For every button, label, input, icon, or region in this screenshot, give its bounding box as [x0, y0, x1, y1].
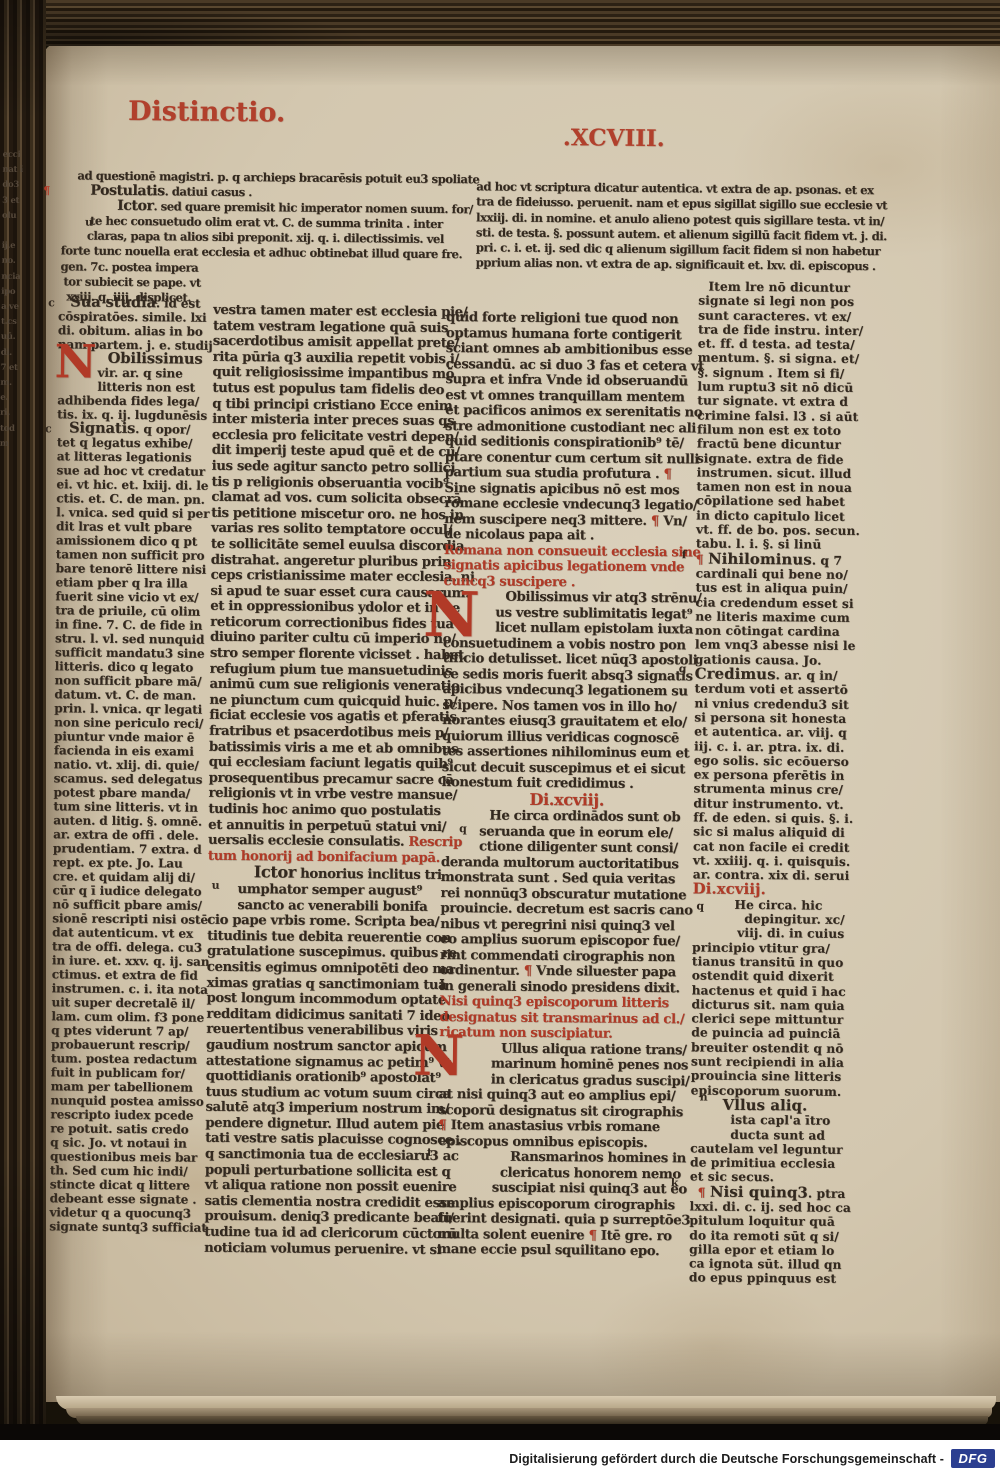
text-line: dit lras et vult pbare [56, 519, 214, 535]
text-line: ctimus. et extra de fid [52, 967, 210, 983]
text-line: de primitiua ecclesia [690, 1156, 855, 1172]
gloss-column-left: Sua studia. id estcōspiratōes. simile. l… [49, 295, 215, 1234]
illuminated-initial: N [54, 338, 96, 384]
text-line: prouincia sine litteris [691, 1069, 856, 1085]
marginal-letter: u [212, 879, 220, 892]
text-line: lem vnq3 abesse nisi le [695, 638, 860, 654]
text-line: sue ad hoc vt credatur [57, 463, 215, 479]
text-line: dicturus sit. nam quia [691, 997, 856, 1013]
text-line: mam per tabellionem [51, 1079, 209, 1095]
text-line: vt. xxiiij. q. i. quisquis. [693, 853, 858, 869]
spine-text-fragment: di. [1, 347, 12, 357]
marginal-letter: q [696, 899, 704, 912]
text-line: amissionem dico q pt [56, 533, 214, 549]
spine-text-fragment: ij.e [2, 241, 16, 251]
text-line: cat non facile ei credit [693, 839, 858, 855]
marginal-letter: f [682, 548, 687, 561]
text-line: breuiter ostendit q nō [691, 1040, 856, 1056]
text-line: tra de priuile, cū olim [55, 603, 213, 619]
marginal-letter: k [671, 1176, 679, 1189]
illuminated-initial: N [413, 1028, 465, 1084]
spine-text-fragment: ncia [1, 271, 20, 281]
text-line: cōpilatione sed habet [696, 494, 861, 510]
marginal-letters: ¶uccuqtfgqnk [1, 0, 1000, 1]
text-line: episcopus omnibus episcopis. [438, 1133, 696, 1151]
spine-text-fragment: m [0, 439, 9, 449]
spine-text-fragment: olu [2, 211, 16, 221]
text-line: cuncq3 suscipere . [443, 574, 701, 592]
text-line: etiam pber q lra illa [55, 575, 213, 591]
text-line: sic si malus aliquid di [693, 825, 858, 841]
text-line: ducta sunt ad [690, 1127, 855, 1143]
text-line: tra de offi. delega. cu3 [52, 939, 210, 955]
gloss-column-right: Item lre nō dicuntursignate si legi non … [689, 279, 864, 1286]
text-line: ¶ Nisi quinq3. ptra [690, 1184, 855, 1201]
text-line: ricatum non suscipiatur. [439, 1025, 697, 1043]
text-line: litteris. dico q legato [55, 659, 213, 675]
text-line: lum ruptu3 sit nō dicū [697, 380, 862, 396]
credit-text: Digitalisierung gefördert durch die Deut… [509, 1452, 944, 1466]
text-line: tet q legatus exhibe/ [57, 435, 215, 451]
text-line: videtur q a quocunq3 [49, 1205, 207, 1221]
text-line: prin. l. vnica. qr legati [54, 701, 212, 717]
text-line: nunquid postea amisso [50, 1093, 208, 1109]
text-line: ni vnius credendu3 sit [694, 696, 859, 712]
text-line: tur signate. vt extra d [697, 394, 862, 410]
text-line: Di.xcviij. [693, 882, 858, 899]
dfg-logo: DFG [951, 1449, 995, 1468]
text-line: lxxi. di. c. ij. sed hoc ca [689, 1199, 854, 1215]
text-line: mentum. §. si signa. et/ [698, 351, 863, 367]
text-line: Vllus aliq. [690, 1097, 855, 1114]
running-title: Distinctio. [128, 96, 286, 129]
text-line: prudentiam. 7 extra. d [53, 841, 211, 857]
text-line: ne literis maxime cum [695, 609, 860, 625]
marginal-letter: c [45, 422, 52, 435]
text-line: gilla epor et etiam lo [689, 1242, 854, 1258]
text-line: adhibenda fides lega/ [57, 393, 215, 409]
text-line: fuit in publicam for/ [51, 1065, 209, 1081]
marginal-letter: c [48, 296, 55, 309]
text-line: ditur instrumento. vt. [693, 796, 858, 812]
text-line: depingitur. xc/ [692, 911, 857, 927]
text-line: nō sufficit pbare amis/ [52, 897, 210, 913]
spine-text-fragment: no. [2, 256, 16, 266]
gloss-block-top-right: ad hoc vt scriptura dicatur autentica. v… [476, 179, 888, 275]
text-line: tamen non est in noua [696, 480, 861, 496]
text-line: clerici sepe mittuntur [691, 1012, 856, 1028]
running-title-number: .XCVIII. [563, 124, 665, 152]
text-line: ex persona pferētis in [694, 768, 859, 784]
text-line: iij. c. i. ar. ptra. ix. di. [694, 739, 859, 755]
spine-text-fragment: do3 [2, 180, 19, 190]
book-scan: eccinat īdo33 etoluij.eno.nciaipoa.vet.c… [0, 0, 1000, 1477]
text-line: at litteras legationis [57, 449, 215, 465]
marginal-letter: n [700, 1091, 708, 1104]
spine-text-fragment: a.ve [1, 302, 19, 312]
text-line: sionē rescripti nisi ostē [52, 911, 210, 927]
text-line: ei. vt hic. et. lxiij. di. le [56, 477, 214, 493]
text-line: cōspiratōes. simile. lxi [58, 309, 216, 325]
text-line: signate. extra de fide [697, 451, 862, 467]
text-line: §. signum . Item si fi/ [698, 365, 863, 381]
spine-text-fragment: ecci [3, 150, 21, 160]
text-line: cautelam vel leguntur [690, 1141, 855, 1157]
illuminated-initial: N [423, 584, 480, 647]
gloss-block-top-left: ad questionē magistri. p. q archieps bra… [60, 168, 479, 308]
text-column-right: quid forte religioni tue quod nonoptamus… [437, 310, 704, 1260]
text-line: natio. vt. xlij. di. quie/ [54, 757, 212, 773]
text-line: ista capl'a ītro [690, 1113, 855, 1129]
spine-text-fragment: ipo [1, 287, 15, 297]
text-line: tum sine litteris. vt in [53, 799, 211, 815]
text-line: q sic. Jo. vt notaui in [50, 1135, 208, 1151]
text-line: crimine falsi. l3 . si aūt [697, 408, 862, 424]
text-line: ego solis. sic ecōuerso [694, 753, 859, 769]
text-line: fractū bene dicuntur [697, 437, 862, 453]
text-line: sunt recipiendi in alia [691, 1054, 856, 1070]
text-line: ar. extra de offi . dele. [53, 827, 211, 843]
text-line: ¶ Nihilominus. q 7 [696, 551, 861, 568]
text-line: tamen non sufficit pro [56, 547, 214, 563]
text-line: hactenus et quid ī hac [692, 983, 857, 999]
text-line: piuntur vnde maior ē [54, 729, 212, 745]
text-line: viij. di. in cuius [692, 926, 857, 942]
text-line: cia credendum esset si [695, 595, 860, 611]
text-line: tum honorij ad bonifacium papā. [208, 849, 472, 867]
text-line: ostendit quid dixerit [692, 969, 857, 985]
spine-text-fragments: eccinat īdo33 etoluij.eno.nciaipoa.vet.c… [1, 0, 1000, 1]
text-line: sufficit mandatu3 sine [55, 645, 213, 661]
text-line: Sua studia. id est [58, 295, 216, 311]
text-line: cre. et quidam alij di/ [53, 869, 211, 885]
text-line: questionibus meis bar [50, 1149, 208, 1165]
spine-text-fragment: uū. [1, 332, 16, 342]
marginal-letter: q [459, 822, 467, 835]
text-line: si persona sit honesta [694, 710, 859, 726]
text-line: do epus ppinquus est [689, 1271, 854, 1287]
marginal-letter: ¶ [43, 184, 50, 197]
text-line: principio vtitur gra/ [692, 940, 857, 956]
spine-text-fragment: ri. [0, 408, 10, 418]
text-line: ca ignota sūt. illud qn [689, 1257, 854, 1273]
text-line: de puincia ad puinciā [691, 1026, 856, 1042]
text-line: Signatis. q opor/ [57, 421, 215, 437]
text-line: stincte dicat q littere [50, 1177, 208, 1193]
text-line: instrumen. c. i. ita nota [52, 981, 210, 997]
page-text-layer: eccinat īdo33 etoluij.eno.nciaipoa.vet.c… [0, 0, 1000, 1425]
spine-text-fragment: 3 et [2, 195, 19, 205]
text-line: fuerit sine vicio vt ex/ [55, 589, 213, 605]
text-line: uit super decretalē il/ [51, 995, 209, 1011]
text-line: datum. vt. C. de man. [54, 687, 212, 703]
text-line: non cōtingat cardina [695, 624, 860, 640]
text-line: Credimus. ar. q in/ [695, 666, 860, 683]
text-line: Item lre nō dicuntur [698, 279, 863, 295]
spine-text-fragment: m. [0, 378, 11, 388]
marginal-letter: g [679, 662, 687, 675]
text-line: cūr q ī iudice delegato [53, 883, 211, 899]
text-line: potest pbare manda/ [53, 785, 211, 801]
digitization-credit-bar: Digitalisierung gefördert durch die Deut… [0, 1440, 1000, 1477]
text-line: stru. l. vl. sed nunquid [55, 631, 213, 647]
text-line: scamus. sed delegatus [54, 771, 212, 787]
text-line: lam. cum olim. f3 pone [51, 1009, 209, 1025]
text-column-left: vestra tamen mater est ecclesia pie/tate… [204, 303, 477, 1259]
marginal-letter: t [427, 1146, 432, 1159]
text-line: ctis. et. C. de man. pn. [56, 491, 214, 507]
text-line: terdum voti et assertō [694, 682, 859, 698]
spine-text-fragment: t.cs [1, 317, 17, 327]
text-line: et autentica. ar. viij. q [694, 725, 859, 741]
text-line: sunt caracteres. vt ex/ [698, 308, 863, 324]
text-line: facienda in eis exami [54, 743, 212, 759]
text-line: mane eccie psul squilitano epo. [437, 1242, 695, 1260]
scan-background [0, 1424, 1000, 1440]
text-line: tianus transitū in quo [692, 954, 857, 970]
text-line: in iure. et. xxv. q. ij. san [52, 953, 210, 969]
text-line: auten. d litig. §. omnē. [53, 813, 211, 829]
text-line: tus est in aliqua puin/ [695, 581, 860, 597]
text-line: in fine. 7. C. de fide in [55, 617, 213, 633]
text-line: do ita remoti sūt q si/ [689, 1228, 854, 1244]
text-line: tra de fide instru. inter/ [698, 322, 863, 338]
spine-text-fragment: tod [0, 423, 15, 433]
spine-text-fragment: e. [0, 393, 8, 403]
text-line: et. ff. d testa. ad testa/ [698, 337, 863, 353]
text-line: noticiam volumus peruenire. vt si [204, 1240, 468, 1258]
text-line: non sine periculo reci/ [54, 715, 212, 731]
text-line: non sufficit pbare mā/ [55, 673, 213, 689]
text-line: l. vnica. sed quid si per [56, 505, 214, 521]
text-line: probauerunt rescrip/ [51, 1037, 209, 1053]
marginal-letter: u [85, 216, 93, 229]
text-line: dat autenticum. vt ex [52, 925, 210, 941]
text-line: debeant esse signate . [50, 1191, 208, 1207]
text-line: in dicto capitulo licet [696, 508, 861, 524]
text-line: vt. ff. de bo. pos. secun. [696, 522, 861, 538]
illuminated-initials: NNN [1, 0, 1000, 1]
text-line: instrumen. sicut. illud [697, 465, 862, 481]
text-line: signate suntq3 sufficiat [49, 1219, 207, 1235]
text-line: filum non est ex toto [697, 422, 862, 438]
text-line: rept. ex pte. Jo. Lau [53, 855, 211, 871]
text-line: rescripto iudex pcede [50, 1107, 208, 1123]
text-line: bare tenorē littere nisi [56, 561, 214, 577]
text-line: signate si legi non pos [698, 294, 863, 310]
text-line: pitulum loquitur quā [689, 1214, 854, 1230]
text-line: ff. de eden. si quis. §. i. [693, 810, 858, 826]
spine-text-fragment: nat ī [2, 165, 22, 175]
spine-text-fragment: 7 et [1, 363, 18, 373]
text-line: tum. postea redactum [51, 1051, 209, 1067]
text-line: th. Sed cum hic indi/ [50, 1163, 208, 1179]
text-line: He circa. hic [692, 897, 857, 913]
text-line: re potuit. satis credo [50, 1121, 208, 1137]
text-line: q ptes viderunt 7 ap/ [51, 1023, 209, 1039]
text-line: cardinali qui bene no/ [696, 566, 861, 582]
text-line: strumenta minus cre/ [694, 782, 859, 798]
text-line: pprium alias non. vt extra de ap. signif… [476, 256, 887, 275]
